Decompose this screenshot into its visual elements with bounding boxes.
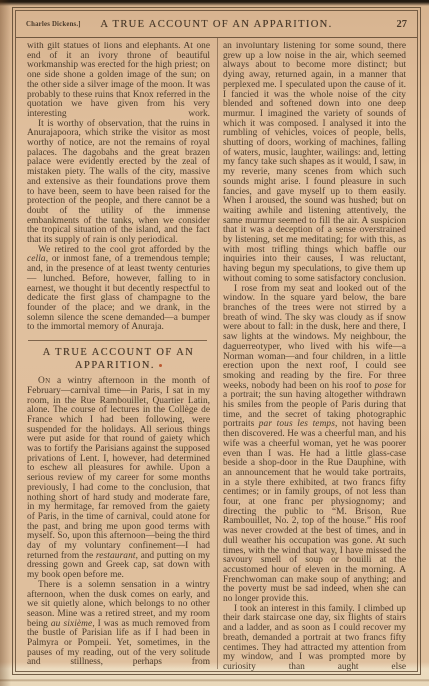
section-separator-rule: [28, 340, 207, 341]
running-header-title: A TRUE ACCOUNT OF AN APPARITION.: [100, 19, 332, 30]
paragraph: I rose from my seat and looked out of th…: [223, 285, 406, 605]
running-header-author: Charles Dickens.]: [26, 21, 100, 28]
ink-spot-artifact: [159, 364, 162, 367]
article-heading: A TRUE ACCOUNT OF AN APPARITION.: [27, 346, 210, 372]
scanned-page: Charles Dickens.] A TRUE ACCOUNT OF AN A…: [0, 0, 429, 686]
left-column: with gilt statues of lions and elephants…: [25, 42, 216, 671]
paragraph: I took an interest in this family. I cli…: [223, 605, 406, 671]
paragraph: with gilt statues of lions and elephants…: [27, 42, 210, 120]
text-columns: with gilt statues of lions and elephants…: [16, 38, 417, 671]
paragraph: On a wintry afternoon in the month of Fe…: [27, 377, 210, 581]
paragraph: an involuntary listening for some sound,…: [223, 42, 406, 285]
paragraph: There is a solemn sensation in a wintry …: [27, 581, 210, 668]
page-number: 27: [333, 19, 407, 30]
column-divider-rule: [217, 38, 218, 669]
paragraph: We retired to the cool grot afforded by …: [27, 246, 210, 333]
page-border-frame-inner: Charles Dickens.] A TRUE ACCOUNT OF AN A…: [15, 10, 418, 672]
article-heading-line1: A TRUE ACCOUNT OF AN: [43, 347, 194, 358]
article-heading-line2: APPARITION.: [75, 360, 155, 371]
right-column: an involuntary listening for some sound,…: [216, 42, 408, 671]
page-border-frame: Charles Dickens.] A TRUE ACCOUNT OF AN A…: [12, 7, 421, 675]
paragraph: It is worthy of observation, that the ru…: [27, 120, 210, 246]
running-header: Charles Dickens.] A TRUE ACCOUNT OF AN A…: [16, 11, 417, 38]
